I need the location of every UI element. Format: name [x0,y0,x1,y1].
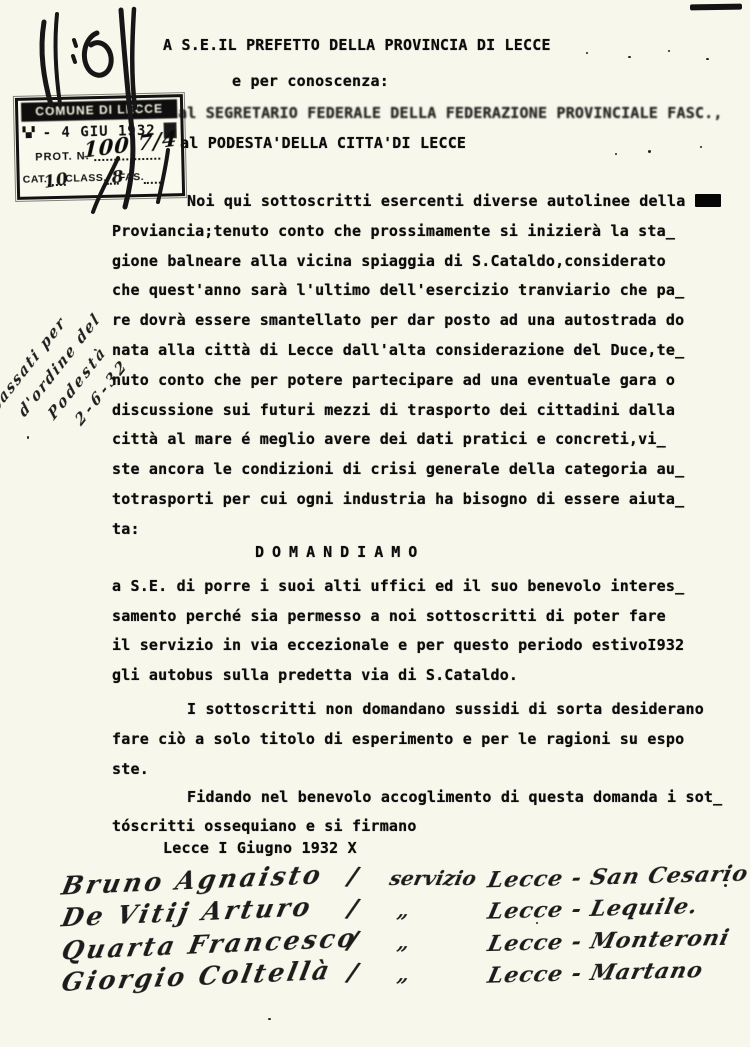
stamp-class-value: 8 [111,167,125,188]
registry-stamp: COMUNE DI LECCE ▚▞ - 4 GIU 1932 PROT. N.… [15,94,185,200]
body-paragraph-4: Fidando nel benevolo accoglimento di que… [112,788,722,846]
signature-route: Lecce - San Cesario [485,861,750,894]
signature-row: Bruno Agnaisto / servizio Lecce - San Ce… [0,866,750,896]
signature-service-ditto: „ [395,898,412,922]
body-line-text: Noi qui sottoscritti esercenti diverse a… [187,192,695,210]
scan-speckle [586,52,588,54]
signature-route: Lecce - Martano [485,957,706,989]
body-line: a S.E. di porre i suoi alti uffici ed il… [112,577,684,607]
scan-speckle [700,146,702,148]
header-addressee-federal-secretary: al SEGRETARIO FEDERALE DELLA FEDERAZIONE… [178,106,723,121]
body-line: discussione sui futuri mezzi di trasport… [112,401,721,431]
scan-speckle [628,56,631,58]
stamp-office-name: COMUNE DI LECCE [21,99,177,122]
header-addressee-prefect: A S.E.IL PREFETTO DELLA PROVINCIA DI LEC… [163,38,551,53]
body-paragraph-3: I sottoscritti non domandano sussidi di … [112,700,704,790]
stamp-class-label: CLASS. [65,172,107,185]
body-line: nuto conto che per potere partecipare ad… [112,371,721,401]
body-line: gione balneare alla vicina spiaggia di S… [112,252,721,282]
scan-speckle [706,58,709,60]
body-paragraph-2: a S.E. di porre i suoi alti uffici ed il… [112,577,684,695]
stamp-left-glyph: ▚▞ [23,128,35,138]
signature-service-ditto: „ [395,930,412,954]
signature-service-label: servizio [387,866,478,890]
body-line: nata alla città di Lecce dall'alta consi… [112,341,721,371]
body-line: Noi qui sottoscritti esercenti diverse a… [112,192,721,222]
signature-row: De Vitij Arturo / „ Lecce - Lequile. [0,898,750,928]
body-line: samento perché sia permesso a noi sottos… [112,607,684,637]
body-paragraph-1: Noi qui sottoscritti esercenti diverse a… [112,192,721,550]
body-line: che quest'anno sarà l'ultimo dell'eserci… [112,281,721,311]
signature-service-slash: / [346,861,360,892]
body-line: ste. [112,760,704,790]
heading-domandiamo: DOMANDIAMO [255,545,425,560]
stamp-cat-value: 10 [42,169,70,193]
signature-route: Lecce - Lequile. [485,893,701,925]
scan-speckle [648,150,651,153]
body-line: Proviancia;tenuto conto che prossimament… [112,222,721,252]
signature-row: Giorgio Coltellà / „ Lecce - Martano [0,962,750,992]
signature-service-ditto: „ [395,962,412,986]
body-line: città al mare é meglio avere dei dati pr… [112,430,721,460]
body-line: re dovrà essere smantellato per dar post… [112,311,721,341]
scan-speckle [268,1018,271,1020]
body-line: Fidando nel benevolo accoglimento di que… [112,788,722,817]
scan-speckle [668,50,670,52]
ink-blob [695,194,721,207]
signature-row: Quarta Francesco / „ Lecce - Monteroni [0,930,750,960]
scan-speckle [615,153,617,155]
body-line: gli autobus sulla predetta via di S.Cata… [112,666,684,696]
body-line: totrasporti per cui ogni industria ha bi… [112,490,721,520]
header-addressee-podesta: al PODESTA'DELLA CITTA'DI LECCE [180,136,466,151]
dateline: Lecce I Giugno 1932 X [163,841,357,856]
signature-name: Giorgio Coltellà [59,956,334,997]
body-line: fare ciò a solo titolo di esperimento e … [112,730,704,760]
signature-service-slash: / [346,957,360,988]
stamp-prot-label: PROT. N. [35,150,90,163]
header-cc-label: e per conoscenza: [232,74,389,89]
signature-route: Lecce - Monteroni [485,925,732,957]
scan-artifact-dash [690,4,742,11]
body-line: il servizio in via eccezionale e per que… [112,636,684,666]
document-page: A S.E.IL PREFETTO DELLA PROVINCIA DI LEC… [0,0,750,1047]
body-line: I sottoscritti non domandano sussidi di … [112,700,704,730]
body-line: ste ancora le condizioni di crisi genera… [112,460,721,490]
signature-service-slash: / [346,893,360,924]
stamp-fasc-leader [144,170,164,184]
